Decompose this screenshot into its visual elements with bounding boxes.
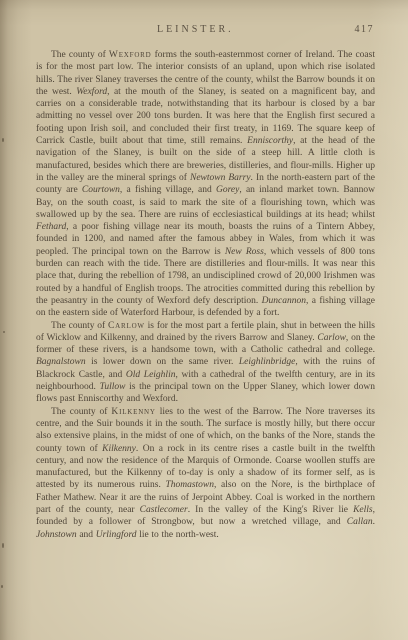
text-run: and	[77, 530, 96, 540]
text-run: The county of	[51, 407, 111, 417]
county-name: Wexford	[109, 50, 152, 60]
paragraph-county-carlow: The county of Carlow is for the most par…	[36, 320, 375, 406]
running-header-title: LEINSTER.	[157, 24, 234, 35]
place-name: Johnstown	[36, 530, 77, 540]
text-run: , a fishing village, and	[120, 185, 216, 195]
place-name: Enniscorthy	[247, 136, 293, 146]
place-name: New Ross	[225, 247, 264, 257]
scan-speck	[1, 585, 3, 588]
place-name: Duncannon	[262, 296, 306, 306]
paragraph-county-kilkenny: The county of Kilkenny lies to the west …	[36, 406, 375, 541]
text-run: The county of	[51, 50, 109, 60]
scanned-book-page: LEINSTER. 417 The county of Wexford form…	[0, 0, 408, 640]
place-name: Old Leighlin	[126, 370, 176, 380]
text-run: .	[373, 517, 375, 527]
place-name: Fethard	[36, 222, 66, 232]
place-name: Bagnalstown	[36, 357, 86, 367]
paragraph-county-wexford: The county of Wexford forms the south-ea…	[36, 49, 375, 320]
place-name: Kells	[353, 505, 373, 515]
place-name: Newtown Barry	[190, 173, 251, 183]
place-name: Kilkenny	[102, 444, 136, 454]
place-name: Thomastown	[165, 480, 214, 490]
text-run: lie to the north-west.	[137, 530, 219, 540]
place-name: Wexford	[76, 87, 107, 97]
running-header: LEINSTER. 417	[36, 24, 375, 38]
place-name: Callan	[347, 517, 373, 527]
scan-speck	[2, 543, 4, 548]
county-name: Kilkenny	[111, 407, 155, 417]
place-name: Tullow	[100, 382, 126, 392]
county-name: Carlow	[108, 321, 145, 331]
text-run: . In the valley of the King's River lie	[188, 505, 353, 515]
place-name: Urlingford	[96, 530, 137, 540]
place-name: Castlecomer	[140, 505, 188, 515]
text-run: is lower down on the same river.	[86, 357, 239, 367]
place-name: Gorey	[216, 185, 239, 195]
place-name: Leighlinbridge	[239, 357, 295, 367]
body-text-block: The county of Wexford forms the south-ea…	[36, 49, 375, 541]
scan-speck	[2, 138, 4, 142]
place-name: Carlow	[317, 333, 346, 343]
text-run: The county of	[51, 321, 108, 331]
page-number: 417	[355, 24, 375, 35]
scan-speck	[3, 331, 5, 333]
place-name: Courtown	[82, 185, 120, 195]
